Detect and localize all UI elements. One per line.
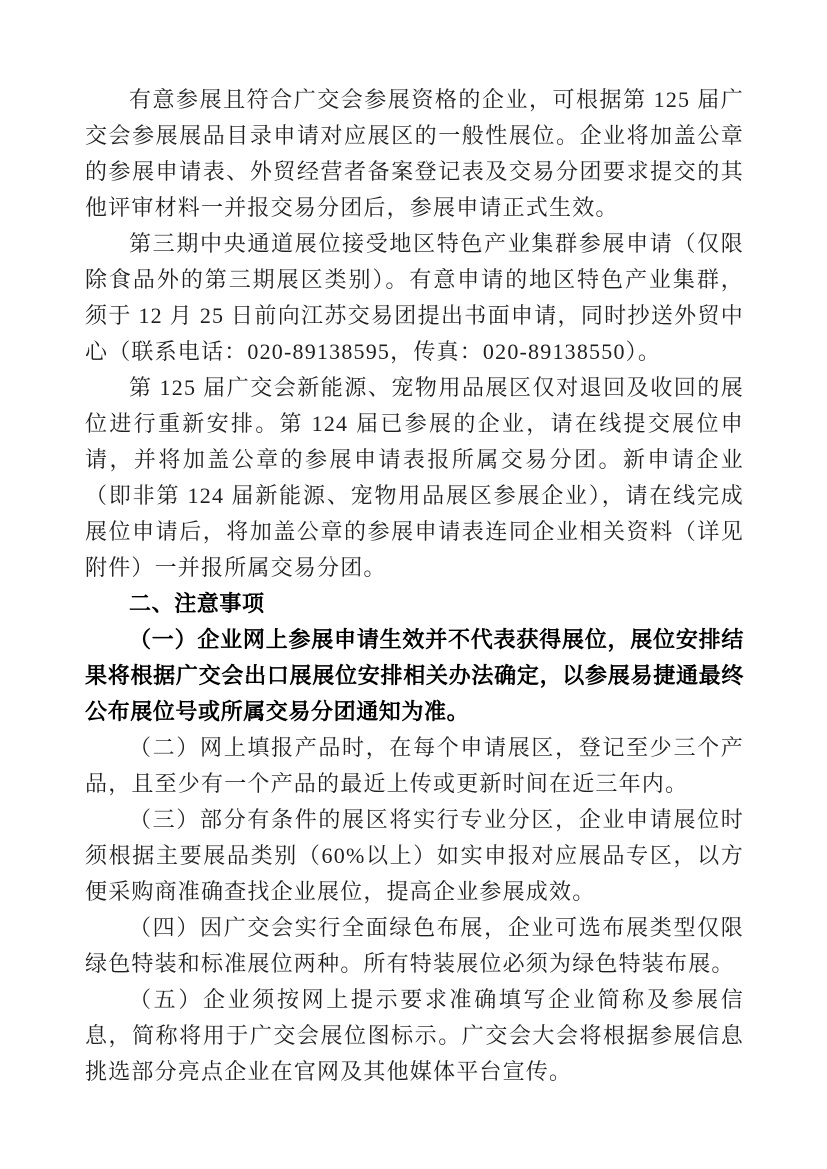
paragraph-new-energy-pet-zone: 第 125 届广交会新能源、宠物用品展区仅对退回及收回的展位进行重新安排。第 1… <box>85 370 744 586</box>
paragraph-note-1-booth-arrangement: （一）企业网上参展申请生效并不代表获得展位，展位安排结果将根据广交会出口展展位安… <box>85 622 744 730</box>
paragraph-note-2-product-registration: （二）网上填报产品时，在每个申请展区，登记至少三个产品，且至少有一个产品的最近上… <box>85 730 744 802</box>
paragraph-note-4-green-booth: （四）因广交会实行全面绿色布展，企业可选布展类型仅限绿色特装和标准展位两种。所有… <box>85 910 744 982</box>
paragraph-general-booth-application: 有意参展且符合广交会参展资格的企业，可根据第 125 届广交会参展展品目录申请对… <box>85 82 744 226</box>
paragraph-note-3-professional-zoning: （三）部分有条件的展区将实行专业分区，企业申请展位时须根据主要展品类别（60%以… <box>85 802 744 910</box>
paragraph-central-corridor-booths: 第三期中央通道展位接受地区特色产业集群参展申请（仅限除食品外的第三期展区类别）。… <box>85 226 744 370</box>
document-page: 有意参展且符合广交会参展资格的企业，可根据第 125 届广交会参展展品目录申请对… <box>0 0 827 1169</box>
paragraph-note-5-company-info: （五）企业须按网上提示要求准确填写企业简称及参展信息，简称将用于广交会展位图标示… <box>85 982 744 1090</box>
document-body: 有意参展且符合广交会参展资格的企业，可根据第 125 届广交会参展展品目录申请对… <box>85 82 744 1090</box>
section-heading-notes: 二、注意事项 <box>85 586 744 622</box>
